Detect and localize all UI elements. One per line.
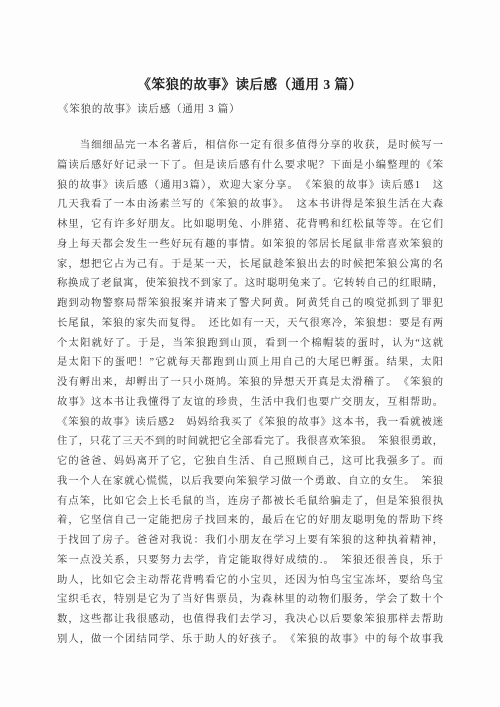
body-line: 数，这些都让我很感动，也值得我们去学习，我决心以后要象笨狼那样去帮助: [57, 610, 443, 630]
body-line: 宝织毛衣，特别是它为了当好售票员，为森林里的动物们服务，学会了数十个: [57, 590, 443, 610]
document-subtitle: 《笨狼的故事》读后感（通用 3 篇）: [58, 101, 240, 116]
body-line: 跑到动物警察局帮笨狼报案并请来了警犬阿黄。阿黄凭自己的嗅觉抓到了罪犯: [57, 294, 443, 314]
body-line: 没有孵出来，却孵出了一只小斑鸠。笨狼的异想天开真是太滑稽了。 《笨狼的: [57, 373, 443, 393]
body-line: 有点笨，比如它会上长毛鼠的当，连房子都被长毛鼠给骗走了，但是笨狼很执: [57, 492, 443, 512]
body-line: 身上每天都会发生一些好玩有趣的事情。如笨狼的邻居长尾鼠非常喜欢笨狼的: [57, 235, 443, 255]
body-line: 林里，它有许多好朋友。比如聪明兔、小胖猪、花背鸭和红松鼠等等。在它们: [57, 215, 443, 235]
body-line: 长尾鼠，笨狼的家失而复得。 还比如有一天，天气很寒冷，笨狼想：要是有两: [57, 314, 443, 334]
body-line: 《笨狼的故事》读后感2 妈妈给我买了《笨狼的故事》这本书，我一看就被迷: [57, 413, 443, 433]
body-line: 当细细品完一本名著后，相信你一定有很多值得分享的收获，是时候写一: [57, 136, 443, 156]
document-page: 《笨狼的故事》读后感（通用 3 篇） 《笨狼的故事》读后感（通用 3 篇） 当细…: [0, 0, 500, 707]
body-line: 狼的故事》读后感（通用3篇），欢迎大家分享。 《笨狼的故事》读后感1 这: [57, 176, 443, 196]
body-line: 个太阳就好了。于是，当笨狼跑到山顶，看到一个棉帽装的蛋时，认为“这就: [57, 334, 443, 354]
body-line: 我一个人在家就心慌慌，以后我要向笨狼学习做一个勇敢、自立的女生。 笨狼: [57, 472, 443, 492]
body-line: 住了，只花了三天不到的时间就把它全部看完了。我很喜欢笨狼。 笨狼很勇敢，: [57, 432, 443, 452]
body-line: 助人，比如它会主动帮花背鸭看它的小宝贝，还因为怕鸟宝宝冻坏，要给鸟宝: [57, 571, 443, 591]
body-line: 称换成了老鼠寓，使笨狼找不到家了。这时聪明兔来了。它转转自己的红眼睛，: [57, 274, 443, 294]
body-line: 几天我看了一本由汤素兰写的《笨狼的故事》。 这本书讲得是笨狼生活在大森: [57, 195, 443, 215]
body-line: 篇读后感好好记录一下了。但是读后感有什么要求呢？下面是小编整理的《笨: [57, 156, 443, 176]
body-line: 着，它坚信自己一定能把房子找回来的，最后在它的好朋友聪明兔的帮助下终: [57, 511, 443, 531]
body-line: 于找回了房子。爸爸对我说：我们小朋友在学习上要有笨狼的这种执着精神，: [57, 531, 443, 551]
body-line: 故事》这本书让我懂得了友谊的珍贵，生活中我们也要广交朋友，互相帮助。: [57, 393, 443, 413]
body-line: 家，想把它占为己有。于是某一天，长尾鼠趁笨狼出去的时候把笨狼公寓的名: [57, 255, 443, 275]
body-line: 别人，做一个团结同学、乐于助人的好孩子。 《笨狼的故事》中的每个故事我: [57, 630, 443, 650]
body-line: 是太阳下的蛋吧！”它就每天都跑到山顶上用自己的大尾巴孵蛋。结果，太阳: [57, 353, 443, 373]
document-body: 当细细品完一本名著后，相信你一定有很多值得分享的收获，是时候写一篇读后感好好记录…: [57, 136, 443, 650]
body-line: 笨一点没关系，只要努力去学，肯定能取得好成绩的.。 笨狼还很善良，乐于: [57, 551, 443, 571]
body-line: 它的爸爸、妈妈离开了它，它独自生活、自己照顾自己，这可比我强多了。而: [57, 452, 443, 472]
document-title: 《笨狼的故事》读后感（通用 3 篇）: [0, 73, 500, 93]
